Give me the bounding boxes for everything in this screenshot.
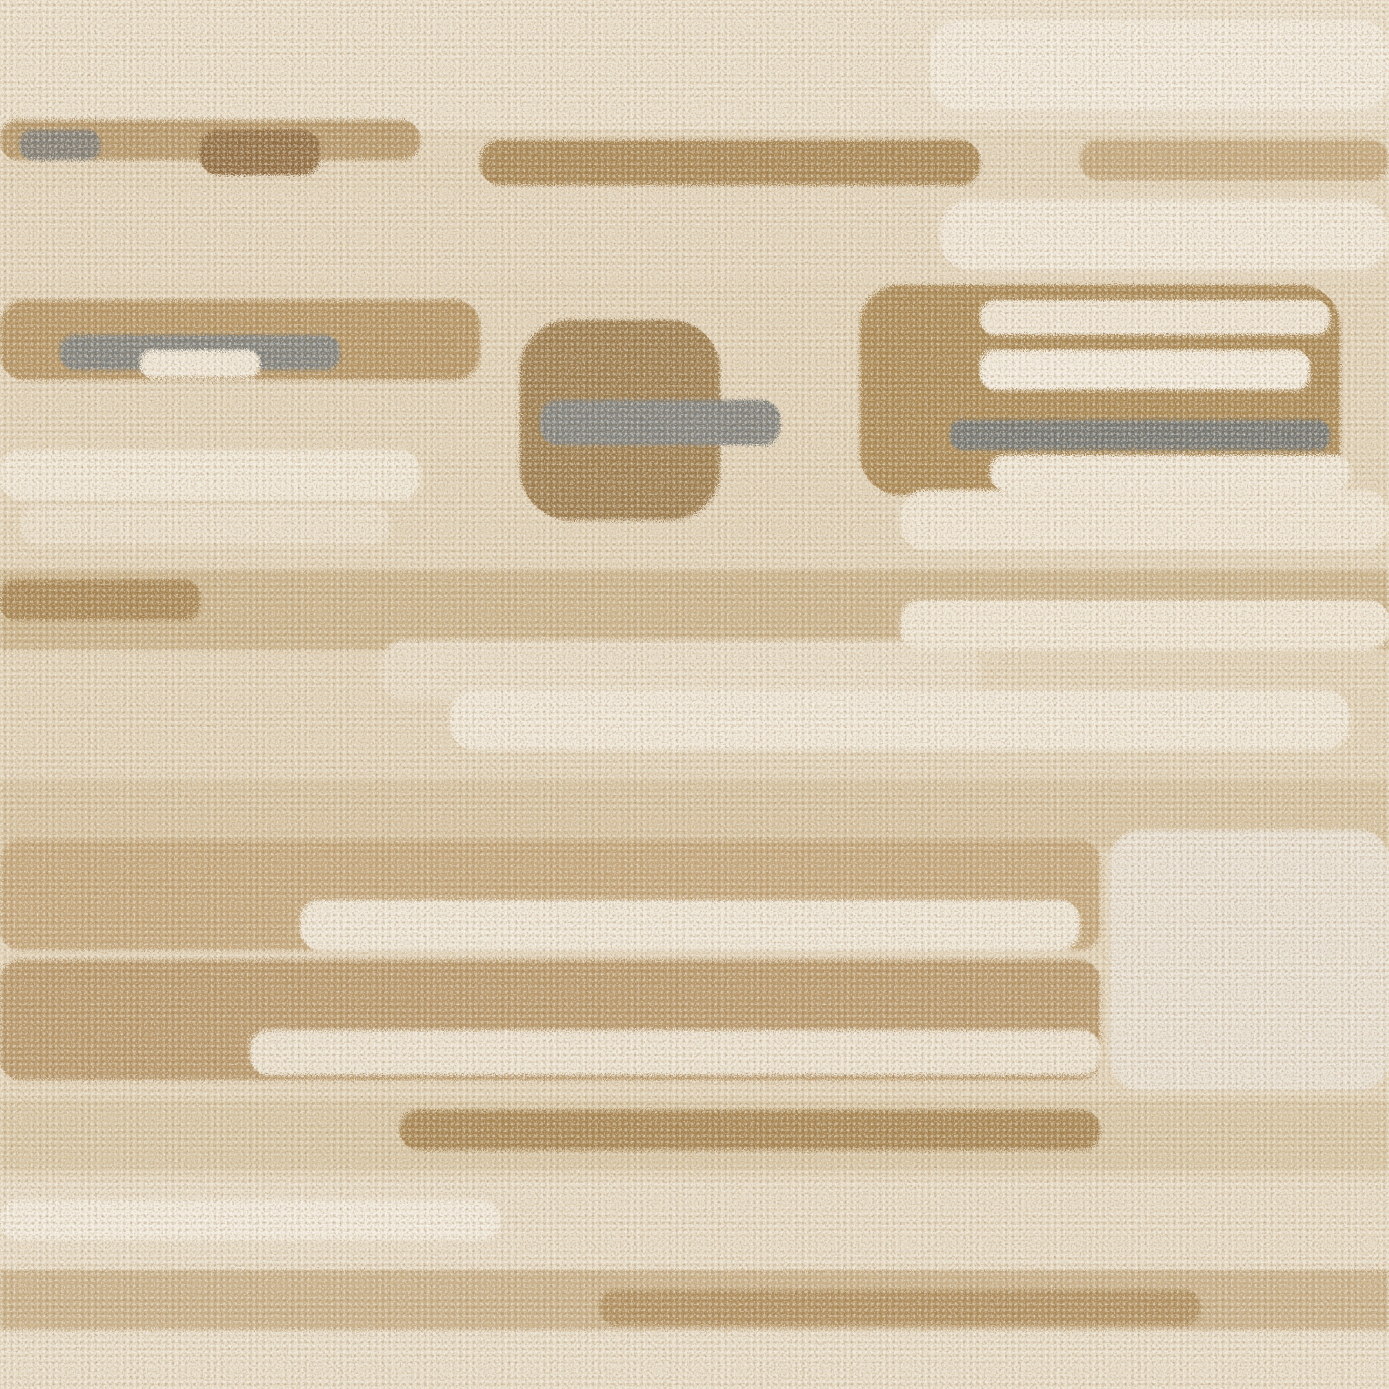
rug-pattern xyxy=(0,0,1389,1389)
rug-texture-photo xyxy=(0,0,1389,1389)
